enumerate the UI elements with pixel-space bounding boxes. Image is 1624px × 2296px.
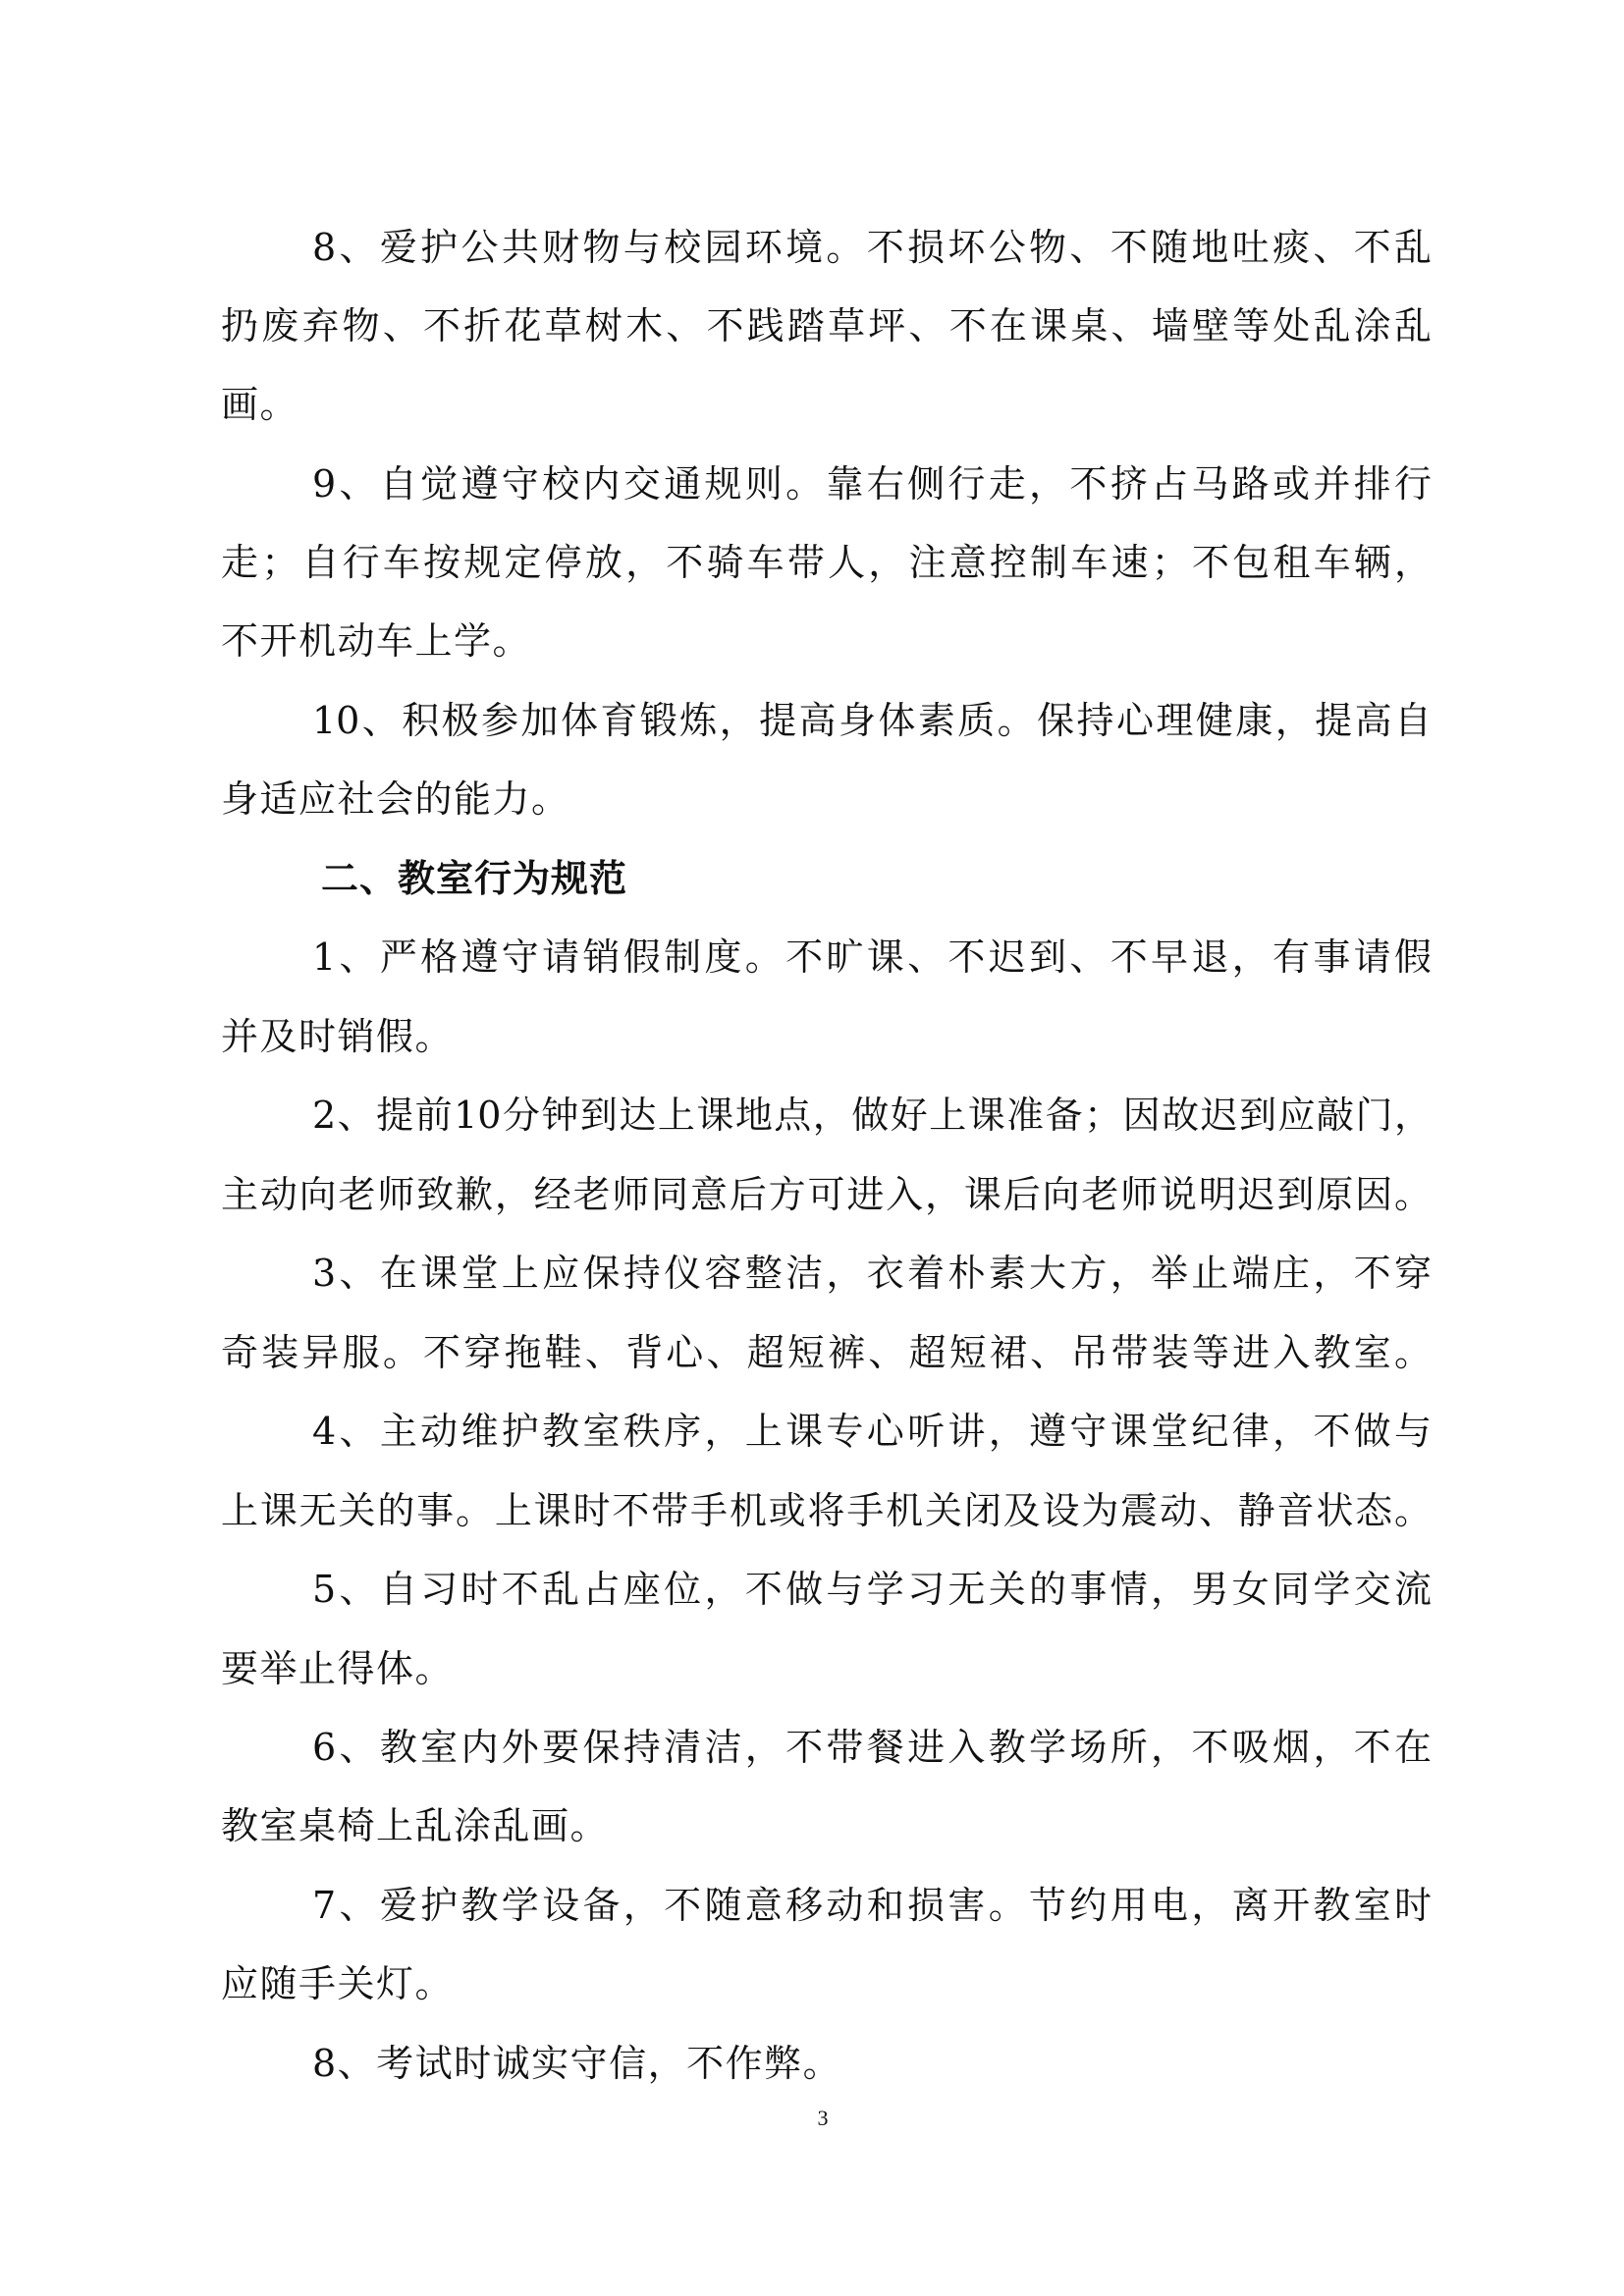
classroom-item-1-line-1: 1、严格遵守请销假制度。不旷课、不迟到、不早退，有事请假 — [312, 928, 1432, 987]
item-8-line-1: 8、爱护公共财物与校园环境。不损坏公物、不随地吐痰、不乱 — [312, 218, 1432, 277]
classroom-item-5-line-2: 要举止得体。 — [221, 1639, 1432, 1698]
classroom-item-2-line-2: 主动向老师致歉，经老师同意后方可进入，课后向老师说明迟到原因。 — [221, 1165, 1432, 1224]
classroom-item-1-line-2: 并及时销假。 — [221, 1007, 1432, 1066]
classroom-item-3-line-1: 3、在课堂上应保持仪容整洁，衣着朴素大方，举止端庄，不穿 — [312, 1244, 1432, 1303]
classroom-item-4-line-1: 4、主动维护教室秩序，上课专心听讲，遵守课堂纪律，不做与 — [312, 1402, 1432, 1461]
classroom-item-7-line-1: 7、爱护教学设备，不随意移动和损害。节约用电，离开教室时 — [312, 1876, 1432, 1935]
document-page: 8、爱护公共财物与校园环境。不损坏公物、不随地吐痰、不乱 扔废弃物、不折花草树木… — [0, 0, 1624, 2296]
classroom-item-5-line-1: 5、自习时不乱占座位，不做与学习无关的事情，男女同学交流 — [312, 1560, 1432, 1619]
classroom-item-8-line-1: 8、考试时诚实守信，不作弊。 — [312, 2034, 1432, 2093]
item-9-line-1: 9、自觉遵守校内交通规则。靠右侧行走，不挤占马路或并排行 — [312, 454, 1432, 513]
item-10-line-2: 身适应社会的能力。 — [221, 770, 1432, 828]
item-10-line-1: 10、积极参加体育锻炼，提高身体素质。保持心理健康，提高自 — [312, 691, 1432, 750]
classroom-item-7-line-2: 应随手关灯。 — [221, 1954, 1432, 2013]
section-heading: 二、教室行为规范 — [321, 849, 627, 908]
classroom-item-4-line-2: 上课无关的事。上课时不带手机或将手机关闭及设为震动、静音状态。 — [221, 1481, 1432, 1540]
classroom-item-6-line-2: 教室桌椅上乱涂乱画。 — [221, 1796, 1432, 1855]
classroom-item-2-line-1: 2、提前10分钟到达上课地点，做好上课准备；因故迟到应敲门， — [312, 1086, 1432, 1145]
classroom-item-3-line-2: 奇装异服。不穿拖鞋、背心、超短裤、超短裙、吊带装等进入教室。 — [221, 1323, 1432, 1382]
item-8-line-2: 扔废弃物、不折花草树木、不践踏草坪、不在课桌、墙壁等处乱涂乱 — [221, 296, 1432, 355]
item-9-line-3: 不开机动车上学。 — [221, 612, 1432, 670]
item-9-line-2: 走；自行车按规定停放，不骑车带人，注意控制车速；不包租车辆， — [221, 533, 1432, 592]
classroom-item-6-line-1: 6、教室内外要保持清洁，不带餐进入教学场所，不吸烟，不在 — [312, 1718, 1432, 1777]
page-number: 3 — [811, 2105, 835, 2132]
item-8-line-3: 画。 — [221, 375, 1432, 434]
